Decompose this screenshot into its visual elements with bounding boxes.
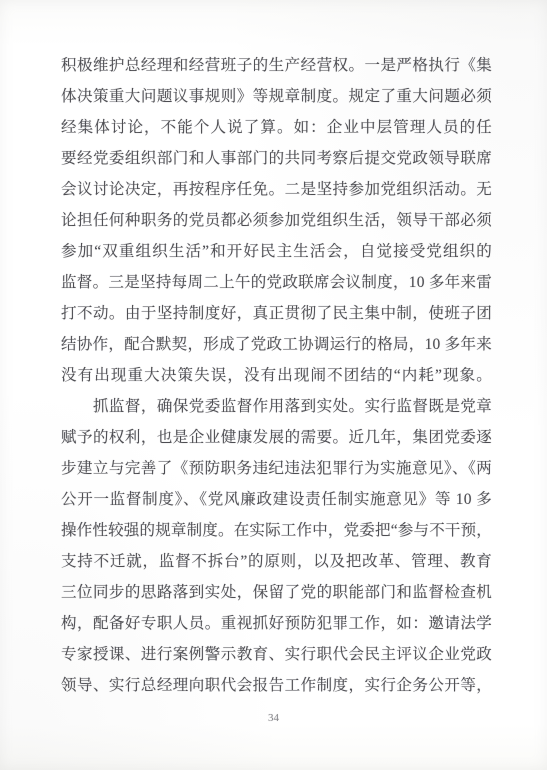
text-line: 赋予的权利，也是企业健康发展的需要。近几年，集团党委逐 <box>61 422 492 453</box>
text-line: 参加“双重组织生活”和开好民主生活会，自觉接受党组织的 <box>61 236 492 267</box>
scanned-document-page: 积极维护总经理和经营班子的生产经营权。一是严格执行《集体决策重大问题议事规则》等… <box>0 0 547 770</box>
text-line: 结协作，配合默契，形成了党政工协调运行的格局，10 多年来 <box>61 329 492 360</box>
text-line: 公开一监督制度》、《党风廉政建设责任制实施意见》等 10 多项 <box>61 484 492 515</box>
page-number: 34 <box>0 712 547 724</box>
text-line: 构，配备好专职人员。重视抓好预防犯罪工作，如：邀请法学 <box>61 608 492 639</box>
text-line: 经集体讨论，不能个人说了算。如：企业中层管理人员的任免， <box>61 112 492 143</box>
text-line: 会议讨论决定，再按程序任免。二是坚持参加党组织活动。无 <box>61 174 492 205</box>
text-line: 抓监督，确保党委监督作用落到实处。实行监督既是党章 <box>61 391 492 422</box>
text-line: 三位同步的思路落到实处，保留了党的职能部门和监督检查机 <box>61 577 492 608</box>
text-line: 要经党委组织部门和人事部门的共同考察后提交党政领导联席 <box>61 143 492 174</box>
text-line: 监督。三是坚持每周二上午的党政联席会议制度，10 多年来雷 <box>61 267 492 298</box>
text-line: 积极维护总经理和经营班子的生产经营权。一是严格执行《集 <box>61 50 492 81</box>
text-line: 步建立与完善了《预防职务违纪违法犯罪行为实施意见》、《两 <box>61 453 492 484</box>
text-line: 支持不迁就，监督不拆台”的原则，以及把改革、管理、教育 <box>61 546 492 577</box>
text-line: 没有出现重大决策失误，没有出现闹不团结的“内耗”现象。 <box>61 360 492 391</box>
text-line: 论担任何种职务的党员都必须参加党组织生活，领导干部必须 <box>61 205 492 236</box>
body-text: 积极维护总经理和经营班子的生产经营权。一是严格执行《集体决策重大问题议事规则》等… <box>61 50 492 701</box>
text-line: 打不动。由于坚持制度好，真正贯彻了民主集中制，使班子团 <box>61 298 492 329</box>
text-line: 专家授课、进行案例警示教育、实行职代会民主评议企业党政 <box>61 639 492 670</box>
text-line: 领导、实行总经理向职代会报告工作制度，实行企务公开等， <box>61 670 492 701</box>
text-line: 操作性较强的规章制度。在实际工作中，党委把“参与不干预， <box>61 515 492 546</box>
text-line: 体决策重大问题议事规则》等规章制度。规定了重大问题必须 <box>61 81 492 112</box>
